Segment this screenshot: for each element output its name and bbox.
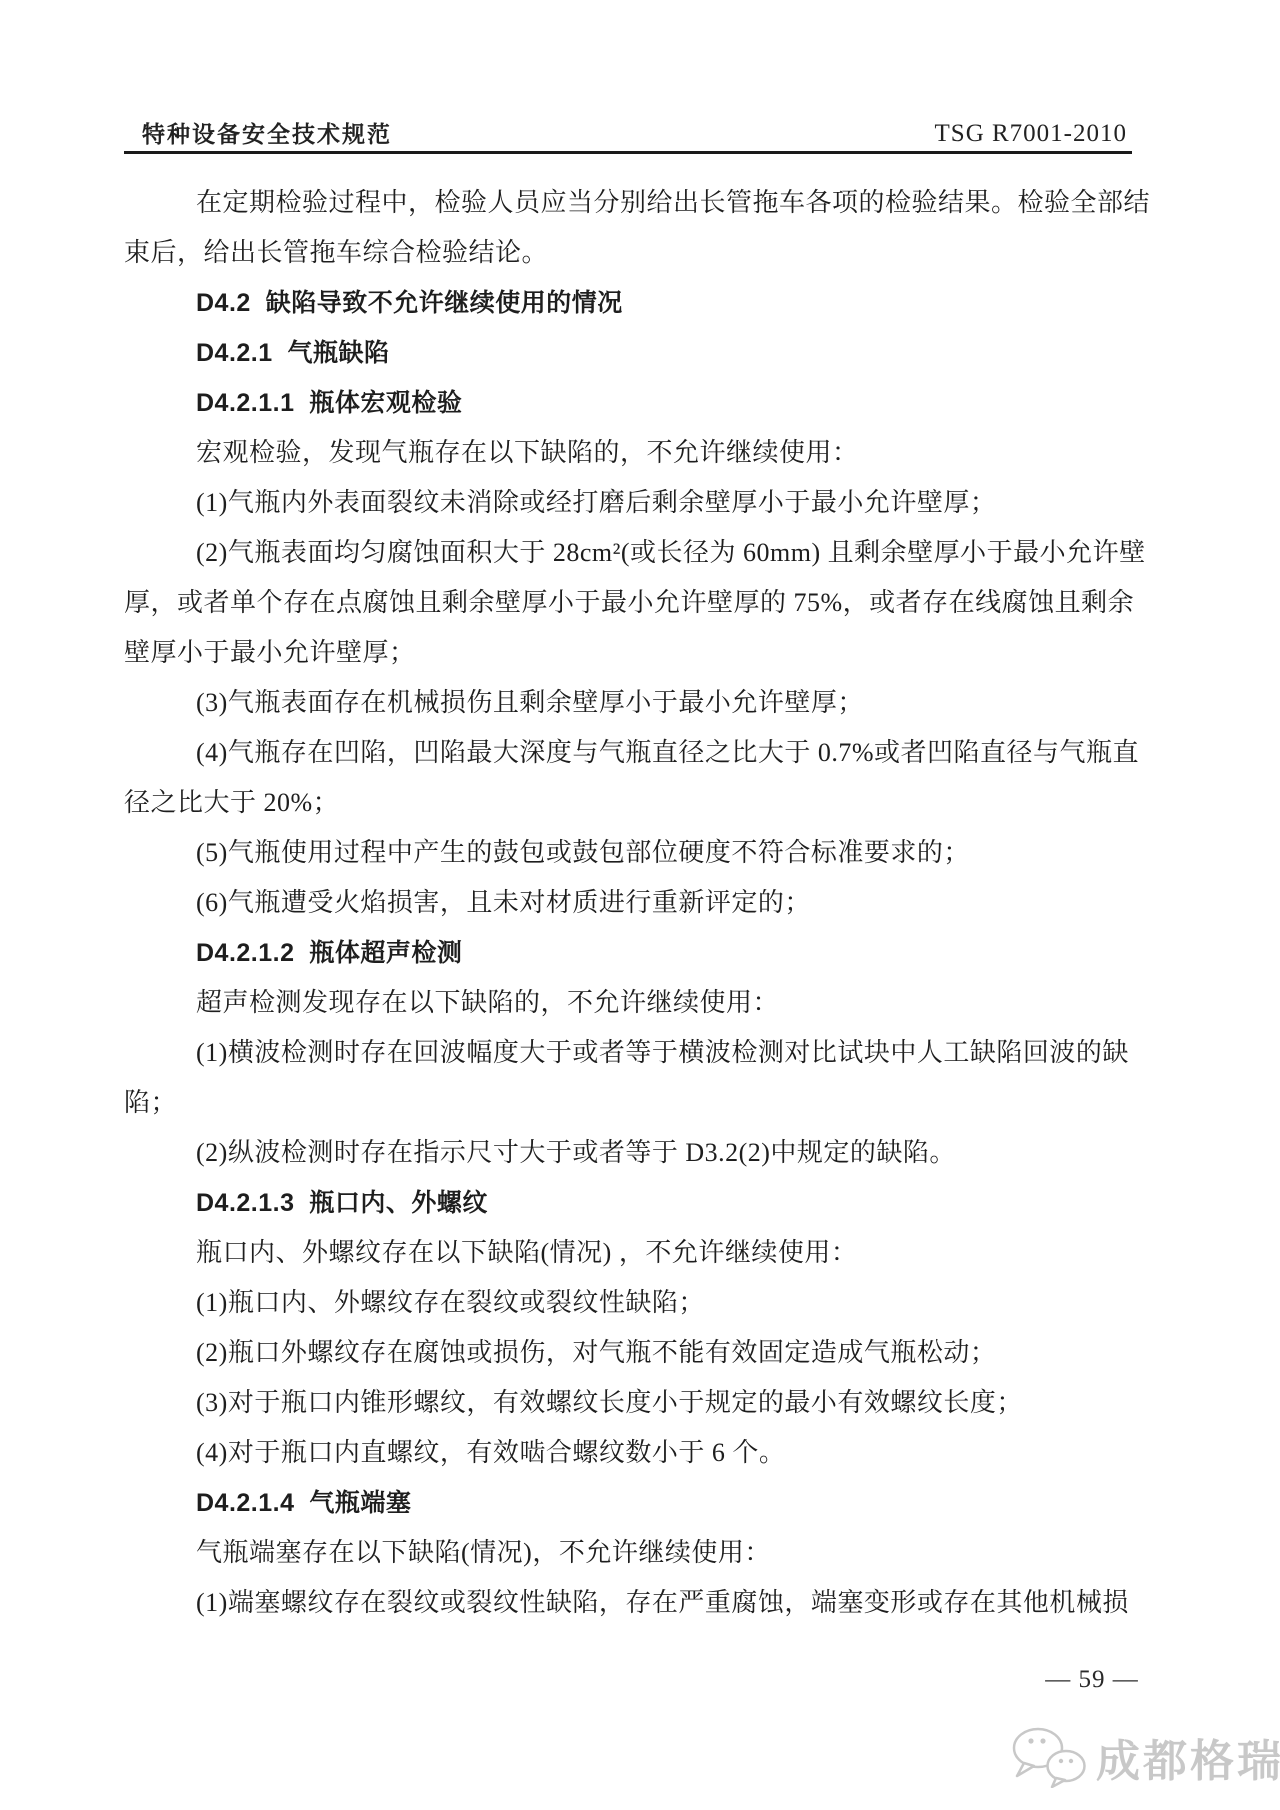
text-line: D4.2.1.1 瓶体宏观检验	[124, 378, 1154, 428]
header-right-code: TSG R7001-2010	[935, 120, 1127, 148]
text-line: 径之比大于 20%；	[124, 778, 1154, 828]
text-line: (2)瓶口外螺纹存在腐蚀或损伤，对气瓶不能有效固定造成气瓶松动；	[124, 1328, 1154, 1378]
text-line: 气瓶端塞存在以下缺陷(情况)，不允许继续使用：	[124, 1528, 1154, 1578]
text-line: (1)端塞螺纹存在裂纹或裂纹性缺陷，存在严重腐蚀，端塞变形或存在其他机械损	[124, 1578, 1154, 1628]
text-line: 在定期检验过程中，检验人员应当分别给出长管拖车各项的检验结果。检验全部结	[124, 178, 1154, 228]
watermark: 成都格瑞特	[1012, 1726, 1280, 1788]
text-line: D4.2.1 气瓶缺陷	[124, 328, 1154, 378]
text-line: (1)气瓶内外表面裂纹未消除或经打磨后剩余壁厚小于最小允许壁厚；	[124, 478, 1154, 528]
header-rule	[124, 151, 1132, 154]
text-line: (6)气瓶遭受火焰损害，且未对材质进行重新评定的；	[124, 878, 1154, 928]
text-line: 厚，或者单个存在点腐蚀且剩余壁厚小于最小允许壁厚的 75%，或者存在线腐蚀且剩余	[124, 578, 1154, 628]
text-line: (1)瓶口内、外螺纹存在裂纹或裂纹性缺陷；	[124, 1278, 1154, 1328]
text-line: (5)气瓶使用过程中产生的鼓包或鼓包部位硬度不符合标准要求的；	[124, 828, 1154, 878]
text-line: (4)对于瓶口内直螺纹，有效啮合螺纹数小于 6 个。	[124, 1428, 1154, 1478]
text-line: 束后，给出长管拖车综合检验结论。	[124, 228, 1154, 278]
document-page: 特种设备安全技术规范 TSG R7001-2010 在定期检验过程中，检验人员应…	[0, 0, 1280, 1810]
text-line: 壁厚小于最小允许壁厚；	[124, 628, 1154, 678]
text-line: (2)纵波检测时存在指示尺寸大于或者等于 D3.2(2)中规定的缺陷。	[124, 1128, 1154, 1178]
document-body: 在定期检验过程中，检验人员应当分别给出长管拖车各项的检验结果。检验全部结束后，给…	[124, 178, 1154, 1628]
header-left-title: 特种设备安全技术规范	[142, 116, 392, 149]
text-line: D4.2.1.2 瓶体超声检测	[124, 928, 1154, 978]
text-line: 陷；	[124, 1078, 1154, 1128]
text-line: D4.2 缺陷导致不允许继续使用的情况	[124, 278, 1154, 328]
wechat-icon	[1012, 1726, 1088, 1788]
text-line: (1)横波检测时存在回波幅度大于或者等于横波检测对比试块中人工缺陷回波的缺	[124, 1028, 1154, 1078]
text-line: (3)气瓶表面存在机械损伤且剩余壁厚小于最小允许壁厚；	[124, 678, 1154, 728]
text-line: 宏观检验，发现气瓶存在以下缺陷的，不允许继续使用：	[124, 428, 1154, 478]
text-line: D4.2.1.4 气瓶端塞	[124, 1478, 1154, 1528]
page-number: — 59 —	[1022, 1666, 1162, 1694]
text-line: (3)对于瓶口内锥形螺纹，有效螺纹长度小于规定的最小有效螺纹长度；	[124, 1378, 1154, 1428]
text-line: 瓶口内、外螺纹存在以下缺陷(情况) ，不允许继续使用：	[124, 1228, 1154, 1278]
text-line: D4.2.1.3 瓶口内、外螺纹	[124, 1178, 1154, 1228]
text-line: (2)气瓶表面均匀腐蚀面积大于 28cm²(或长径为 60mm) 且剩余壁厚小于…	[124, 528, 1154, 578]
text-line: (4)气瓶存在凹陷，凹陷最大深度与气瓶直径之比大于 0.7%或者凹陷直径与气瓶直	[124, 728, 1154, 778]
watermark-text: 成都格瑞特	[1096, 1725, 1280, 1789]
text-line: 超声检测发现存在以下缺陷的，不允许继续使用：	[124, 978, 1154, 1028]
